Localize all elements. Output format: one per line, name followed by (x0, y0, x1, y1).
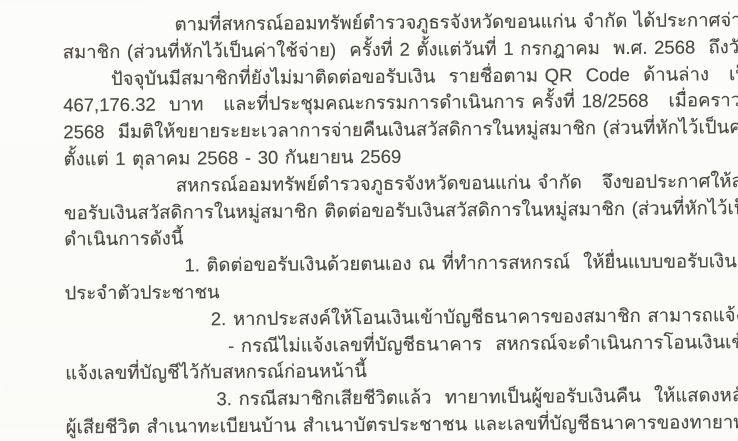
list-item-1: 1. ติดต่อขอรับเงินด้วยตนเอง ณ ที่ทำการสห… (64, 247, 722, 279)
document-text-block: ตามที่สหกรณ์ออมทรัพย์ตำรวจภูธรจังหวัดขอน… (62, 6, 723, 425)
scanned-document-page: ตามที่สหกรณ์ออมทรัพย์ตำรวจภูธรจังหวัดขอน… (0, 0, 738, 425)
text-line: 2568 มีมติให้ขยายระยะเวลาการจ่ายคืนเงินส… (63, 113, 721, 145)
list-subitem-dash: - กรณีไม่แจ้งเลขที่บัญชีธนาคาร สหกรณ์จะด… (65, 328, 723, 360)
text-line: ขอรับเงินสวัสดิการในหมู่สมาชิก ติดต่อขอร… (64, 194, 722, 226)
